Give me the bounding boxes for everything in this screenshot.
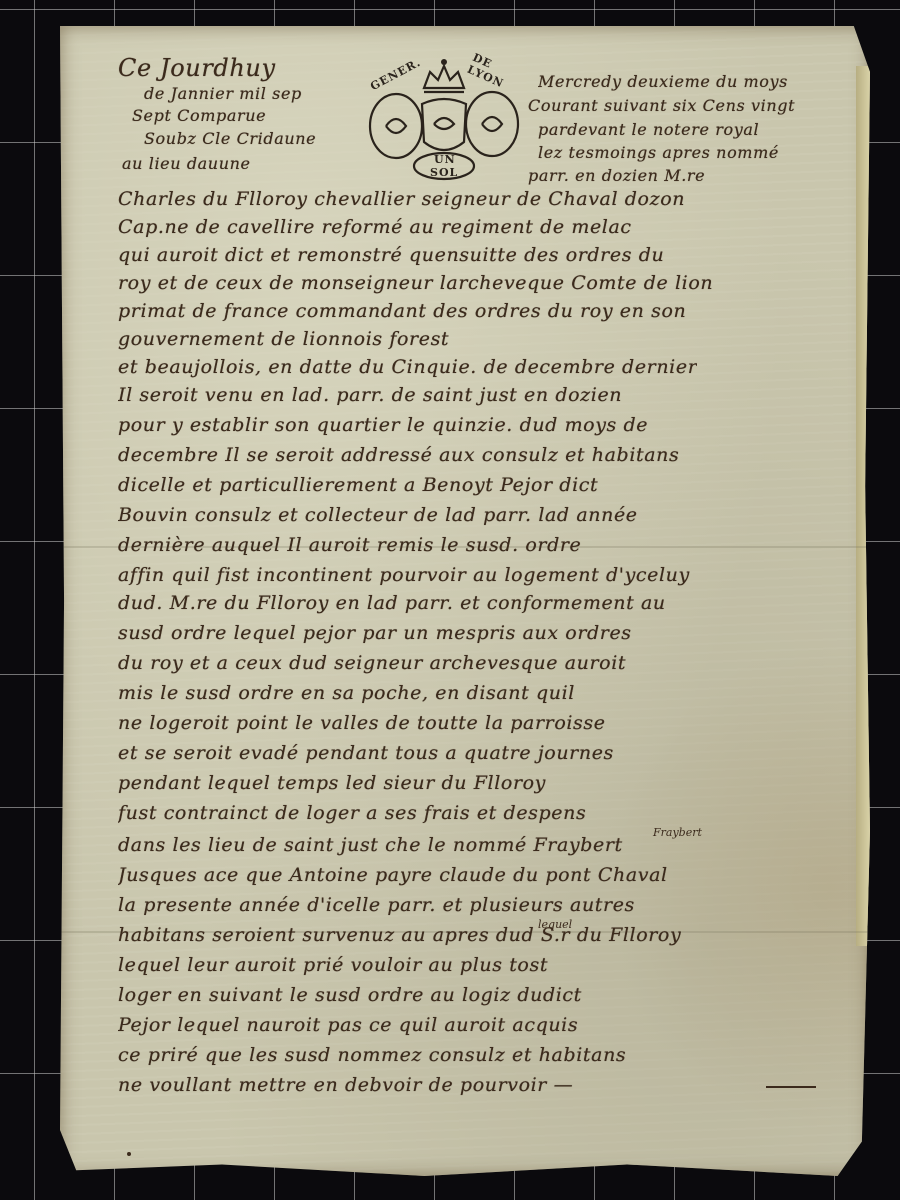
- opening-line: Ce Jourdhuy: [118, 54, 276, 82]
- document-paper: GENER. DE LYON UN SOL Ce Jourdhuy de Jan…: [60, 26, 870, 1176]
- header-right-line: lez tesmoings apres nommé: [538, 143, 779, 162]
- header-right-line: Mercredy deuxieme du moys: [538, 72, 788, 91]
- body-line: fust contrainct de loger a ses frais et …: [118, 802, 586, 824]
- body-line: dud. M.re du Flloroy en lad parr. et con…: [118, 592, 666, 614]
- body-line: ne logeroit point le valles de toutte la…: [118, 712, 606, 734]
- body-line: dans les lieu de saint just che le nommé…: [118, 834, 623, 856]
- body-line: habitans seroient survenuz au apres dud …: [118, 924, 681, 946]
- header-left-line: de Jannier mil sep: [144, 84, 302, 103]
- header-left-line: Soubz Cle Cridaune: [144, 129, 316, 148]
- body-line: Cap.ne de cavellire reformé au regiment …: [118, 216, 632, 238]
- body-line: Il seroit venu en lad. parr. de saint ju…: [118, 384, 622, 406]
- header-right-line: Courant suivant six Cens vingt: [528, 96, 795, 115]
- seal-value-sol: SOL: [430, 166, 458, 179]
- interlinear-annotation: lequel: [538, 918, 572, 931]
- header-right-line: parr. en dozien M.re: [528, 166, 705, 185]
- interlinear-annotation: Fraybert: [653, 826, 702, 839]
- body-line: gouvernement de lionnois forest: [118, 328, 449, 350]
- header-left-line: Sept Comparue: [132, 106, 266, 125]
- body-line: dernière auquel Il auroit remis le susd.…: [118, 534, 581, 556]
- body-line: Pejor lequel nauroit pas ce quil auroit …: [118, 1014, 578, 1036]
- body-line: primat de france commandant des ordres d…: [118, 300, 686, 322]
- body-line: decembre Il se seroit addressé aux consu…: [118, 444, 679, 466]
- body-line: Jusques ace que Antoine payre claude du …: [118, 864, 668, 886]
- body-line: et se seroit evadé pendant tous a quatre…: [118, 742, 614, 764]
- body-line: et beaujollois, en datte du Cinquie. de …: [118, 356, 697, 378]
- body-line: roy et de ceux de monseigneur larchevequ…: [118, 272, 713, 294]
- ink-dot: [127, 1152, 131, 1156]
- tax-stamp-seal: GENER. DE LYON UN SOL: [360, 54, 528, 182]
- seal-value-un: UN: [434, 153, 456, 166]
- body-line: pour y establir son quartier le quinzie.…: [118, 414, 648, 436]
- body-line: ne voullant mettre en debvoir de pourvoi…: [118, 1074, 573, 1096]
- header-left-line: au lieu dauune: [122, 154, 251, 173]
- body-line: Bouvin consulz et collecteur de lad parr…: [118, 504, 638, 526]
- body-line: pendant lequel temps led sieur du Flloro…: [118, 772, 546, 794]
- body-line: susd ordre lequel pejor par un mespris a…: [118, 622, 632, 644]
- header-right-line: pardevant le notere royal: [538, 120, 759, 139]
- paper-torn-edge: [856, 66, 870, 946]
- body-line: Charles du Flloroy chevallier seigneur d…: [118, 188, 685, 210]
- body-line: la presente année d'icelle parr. et plus…: [118, 894, 635, 916]
- body-line: affin quil fist incontinent pourvoir au …: [118, 564, 690, 586]
- body-line: loger en suivant le susd ordre au logiz …: [118, 984, 582, 1006]
- body-line: du roy et a ceux dud seigneur archevesqu…: [118, 652, 626, 674]
- line-end-dash: [766, 1086, 816, 1088]
- body-line: ce priré que les susd nommez consulz et …: [118, 1044, 626, 1066]
- body-line: dicelle et particullierement a Benoyt Pe…: [118, 474, 598, 496]
- body-line: qui auroit dict et remonstré quensuitte …: [118, 244, 664, 266]
- body-line: mis le susd ordre en sa poche, en disant…: [118, 682, 575, 704]
- body-line: lequel leur auroit prié vouloir au plus …: [118, 954, 548, 976]
